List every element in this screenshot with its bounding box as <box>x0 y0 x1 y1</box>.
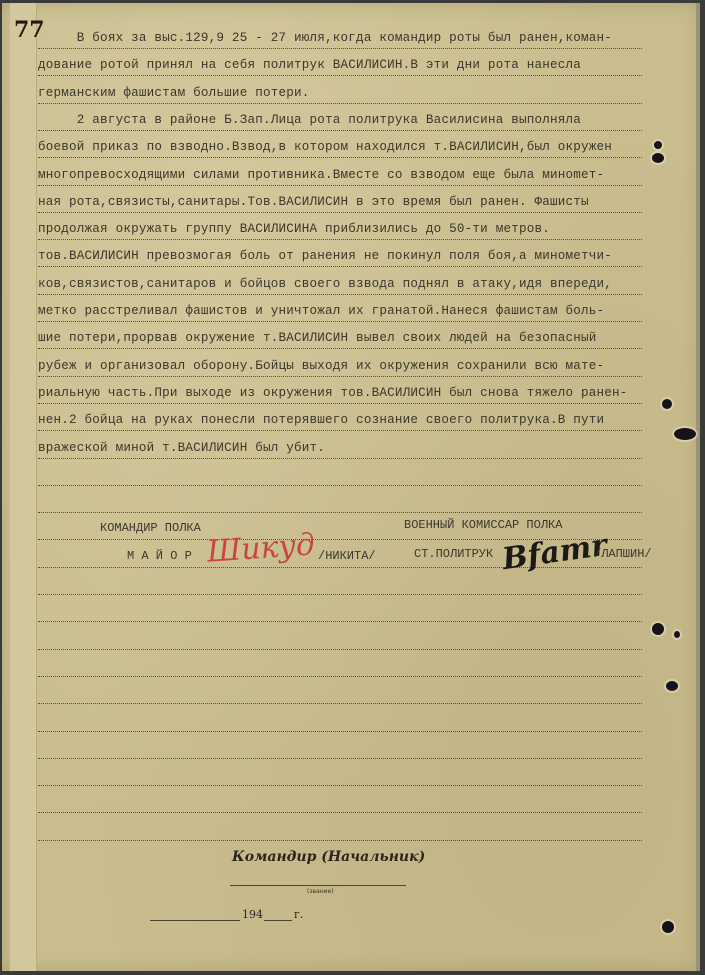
year-suffix: г. <box>294 908 303 921</box>
commissar-rank: СТ.ПОЛИТРУК <box>414 547 493 561</box>
text-line: рубеж и организовал оборону.Бойцы выходя… <box>38 359 648 373</box>
text-line: ная рота,связисты,санитары.Тов.ВАСИЛИСИН… <box>38 195 648 209</box>
ruled-line <box>38 212 642 213</box>
ruled-line <box>38 485 642 486</box>
text-line: вражеской миной т.ВАСИЛИСИН был убит. <box>38 441 648 455</box>
punch-hole <box>666 681 678 691</box>
ruled-line <box>38 321 642 322</box>
form-footer-title: Командир (Начальник) <box>232 849 425 865</box>
commander-signature: Шикуд <box>206 527 316 569</box>
commander-name: /НИКИТА/ <box>318 549 376 563</box>
text-line: В боях за выс.129,9 25 - 27 июля,когда к… <box>38 31 648 45</box>
text-line: продолжая окружать группу ВАСИЛИСИНА при… <box>38 222 648 236</box>
ruled-line <box>38 294 642 295</box>
ruled-line <box>38 840 642 841</box>
page-edge <box>696 3 700 971</box>
ruled-line <box>38 649 642 650</box>
ruled-line <box>38 758 642 759</box>
text-line: боевой приказ по взводно.Взвод,в котором… <box>38 140 648 154</box>
text-line: многопревосходящими силами противника.Вм… <box>38 168 648 182</box>
commander-title: КОМАНДИР ПОЛКА <box>100 521 201 535</box>
ruled-line <box>38 130 642 131</box>
text-line: нен.2 бойца на руках понесли потерявшего… <box>38 413 648 427</box>
rank-line <box>230 885 406 886</box>
punch-hole <box>662 399 672 409</box>
commissar-title: ВОЕННЫЙ КОМИССАР ПОЛКА <box>404 518 562 532</box>
punch-hole <box>652 623 664 635</box>
ruled-line <box>38 185 642 186</box>
ruled-line <box>38 157 642 158</box>
punch-hole <box>674 631 680 638</box>
ruled-line <box>38 103 642 104</box>
ruled-line <box>38 48 642 49</box>
commissar-signature: Вfamr <box>500 528 609 577</box>
ruled-line <box>38 703 642 704</box>
text-line: метко расстреливал фашистов и уничтожал … <box>38 304 648 318</box>
ruled-line <box>38 676 642 677</box>
ruled-line <box>38 812 642 813</box>
commander-rank: М А Й О Р <box>127 549 192 563</box>
ruled-line <box>38 266 642 267</box>
punch-hole <box>652 153 664 163</box>
text-line: шие потери,прорвав окружение т.ВАСИЛИСИН… <box>38 331 648 345</box>
rank-caption: (звание) <box>307 888 334 895</box>
ruled-line <box>38 458 642 459</box>
text-line: 2 августа в районе Б.Зап.Лица рота полит… <box>38 113 648 127</box>
year-prefix: 194 <box>242 908 263 921</box>
date-line <box>150 920 240 921</box>
punch-hole <box>662 921 674 933</box>
year-line <box>264 920 292 921</box>
ruled-line <box>38 512 642 513</box>
document-page: 77 В боях за выс.129,9 25 - 27 июля,когд… <box>2 3 700 971</box>
commissar-name: /ЛАПШИН/ <box>594 547 652 561</box>
text-line: ков,связистов,санитаров и бойцов своего … <box>38 277 648 291</box>
punch-hole <box>654 141 662 149</box>
ruled-line <box>38 731 642 732</box>
ruled-line <box>38 594 642 595</box>
left-margin <box>10 3 37 971</box>
ruled-line <box>38 376 642 377</box>
ruled-line <box>38 239 642 240</box>
ruled-line <box>38 785 642 786</box>
ruled-line <box>38 621 642 622</box>
ruled-line <box>38 348 642 349</box>
punch-hole <box>674 428 696 440</box>
ruled-line <box>38 403 642 404</box>
text-line: риальную часть.При выходе из окружения т… <box>38 386 648 400</box>
text-line: тов.ВАСИЛИСИН превозмогая боль от ранени… <box>38 249 648 263</box>
text-line: германским фашистам большие потери. <box>38 86 648 100</box>
ruled-line <box>38 75 642 76</box>
text-line: дование ротой принял на себя политрук ВА… <box>38 58 648 72</box>
ruled-line <box>38 430 642 431</box>
